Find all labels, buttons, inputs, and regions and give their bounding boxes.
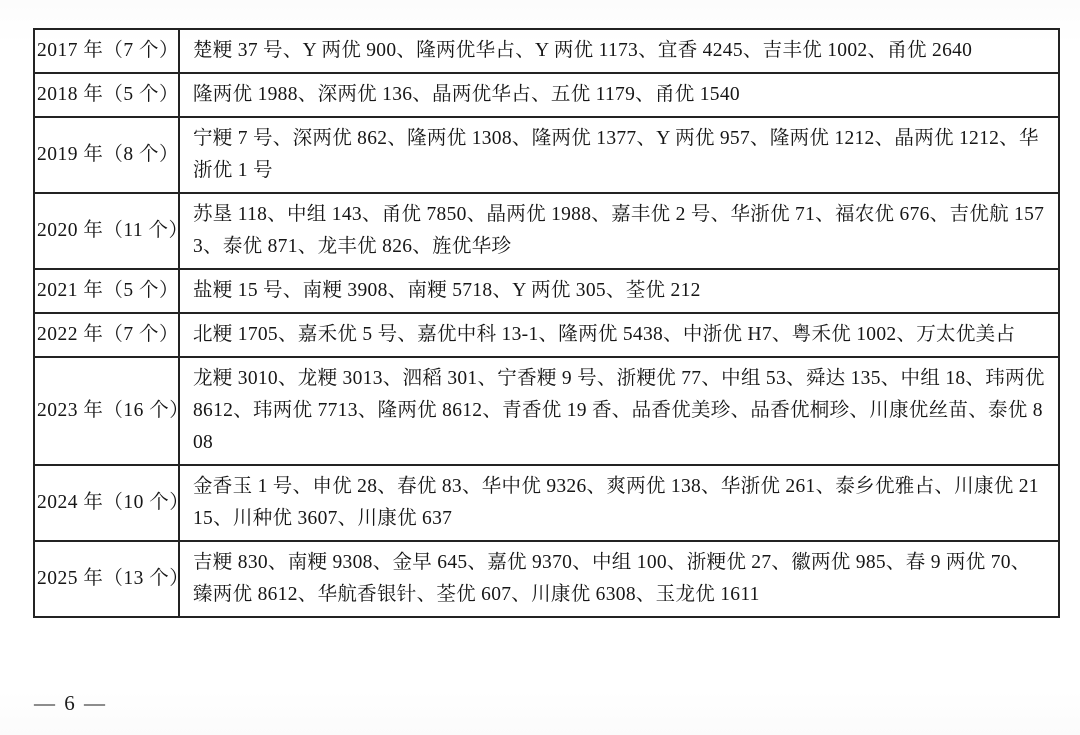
table-row: 2021 年（5 个）盐粳 15 号、南粳 3908、南粳 5718、Y 两优 …: [34, 269, 1059, 313]
table-row: 2022 年（7 个）北粳 1705、嘉禾优 5 号、嘉优中科 13-1、隆两优…: [34, 313, 1059, 357]
table-row: 2020 年（11 个）苏垦 118、中组 143、甬优 7850、晶两优 19…: [34, 193, 1059, 269]
year-cell: 2020 年（11 个）: [34, 193, 179, 269]
varieties-cell: 金香玉 1 号、申优 28、春优 83、华中优 9326、爽两优 138、华浙优…: [179, 465, 1059, 541]
year-cell: 2023 年（16 个）: [34, 357, 179, 465]
varieties-cell: 楚粳 37 号、Y 两优 900、隆两优华占、Y 两优 1173、宜香 4245…: [179, 29, 1059, 73]
varieties-cell: 宁粳 7 号、深两优 862、隆两优 1308、隆两优 1377、Y 两优 95…: [179, 117, 1059, 193]
year-cell: 2024 年（10 个）: [34, 465, 179, 541]
table-row: 2025 年（13 个）吉粳 830、南粳 9308、金早 645、嘉优 937…: [34, 541, 1059, 617]
table-row: 2017 年（7 个）楚粳 37 号、Y 两优 900、隆两优华占、Y 两优 1…: [34, 29, 1059, 73]
varieties-cell: 盐粳 15 号、南粳 3908、南粳 5718、Y 两优 305、荃优 212: [179, 269, 1059, 313]
varieties-cell: 隆两优 1988、深两优 136、晶两优华占、五优 1179、甬优 1540: [179, 73, 1059, 117]
year-cell: 2025 年（13 个）: [34, 541, 179, 617]
year-cell: 2018 年（5 个）: [34, 73, 179, 117]
table-row: 2024 年（10 个）金香玉 1 号、申优 28、春优 83、华中优 9326…: [34, 465, 1059, 541]
table-row: 2023 年（16 个）龙粳 3010、龙粳 3013、泗稻 301、宁香粳 9…: [34, 357, 1059, 465]
page-number: — 6 —: [34, 691, 107, 716]
variety-table-body: 2017 年（7 个）楚粳 37 号、Y 两优 900、隆两优华占、Y 两优 1…: [34, 29, 1059, 617]
table-row: 2019 年（8 个）宁粳 7 号、深两优 862、隆两优 1308、隆两优 1…: [34, 117, 1059, 193]
year-cell: 2019 年（8 个）: [34, 117, 179, 193]
variety-table: 2017 年（7 个）楚粳 37 号、Y 两优 900、隆两优华占、Y 两优 1…: [33, 28, 1060, 618]
year-cell: 2017 年（7 个）: [34, 29, 179, 73]
varieties-cell: 龙粳 3010、龙粳 3013、泗稻 301、宁香粳 9 号、浙粳优 77、中组…: [179, 357, 1059, 465]
year-cell: 2021 年（5 个）: [34, 269, 179, 313]
varieties-cell: 苏垦 118、中组 143、甬优 7850、晶两优 1988、嘉丰优 2 号、华…: [179, 193, 1059, 269]
table-row: 2018 年（5 个）隆两优 1988、深两优 136、晶两优华占、五优 117…: [34, 73, 1059, 117]
year-cell: 2022 年（7 个）: [34, 313, 179, 357]
varieties-cell: 吉粳 830、南粳 9308、金早 645、嘉优 9370、中组 100、浙粳优…: [179, 541, 1059, 617]
document-page: 2017 年（7 个）楚粳 37 号、Y 两优 900、隆两优华占、Y 两优 1…: [0, 0, 1080, 735]
varieties-cell: 北粳 1705、嘉禾优 5 号、嘉优中科 13-1、隆两优 5438、中浙优 H…: [179, 313, 1059, 357]
